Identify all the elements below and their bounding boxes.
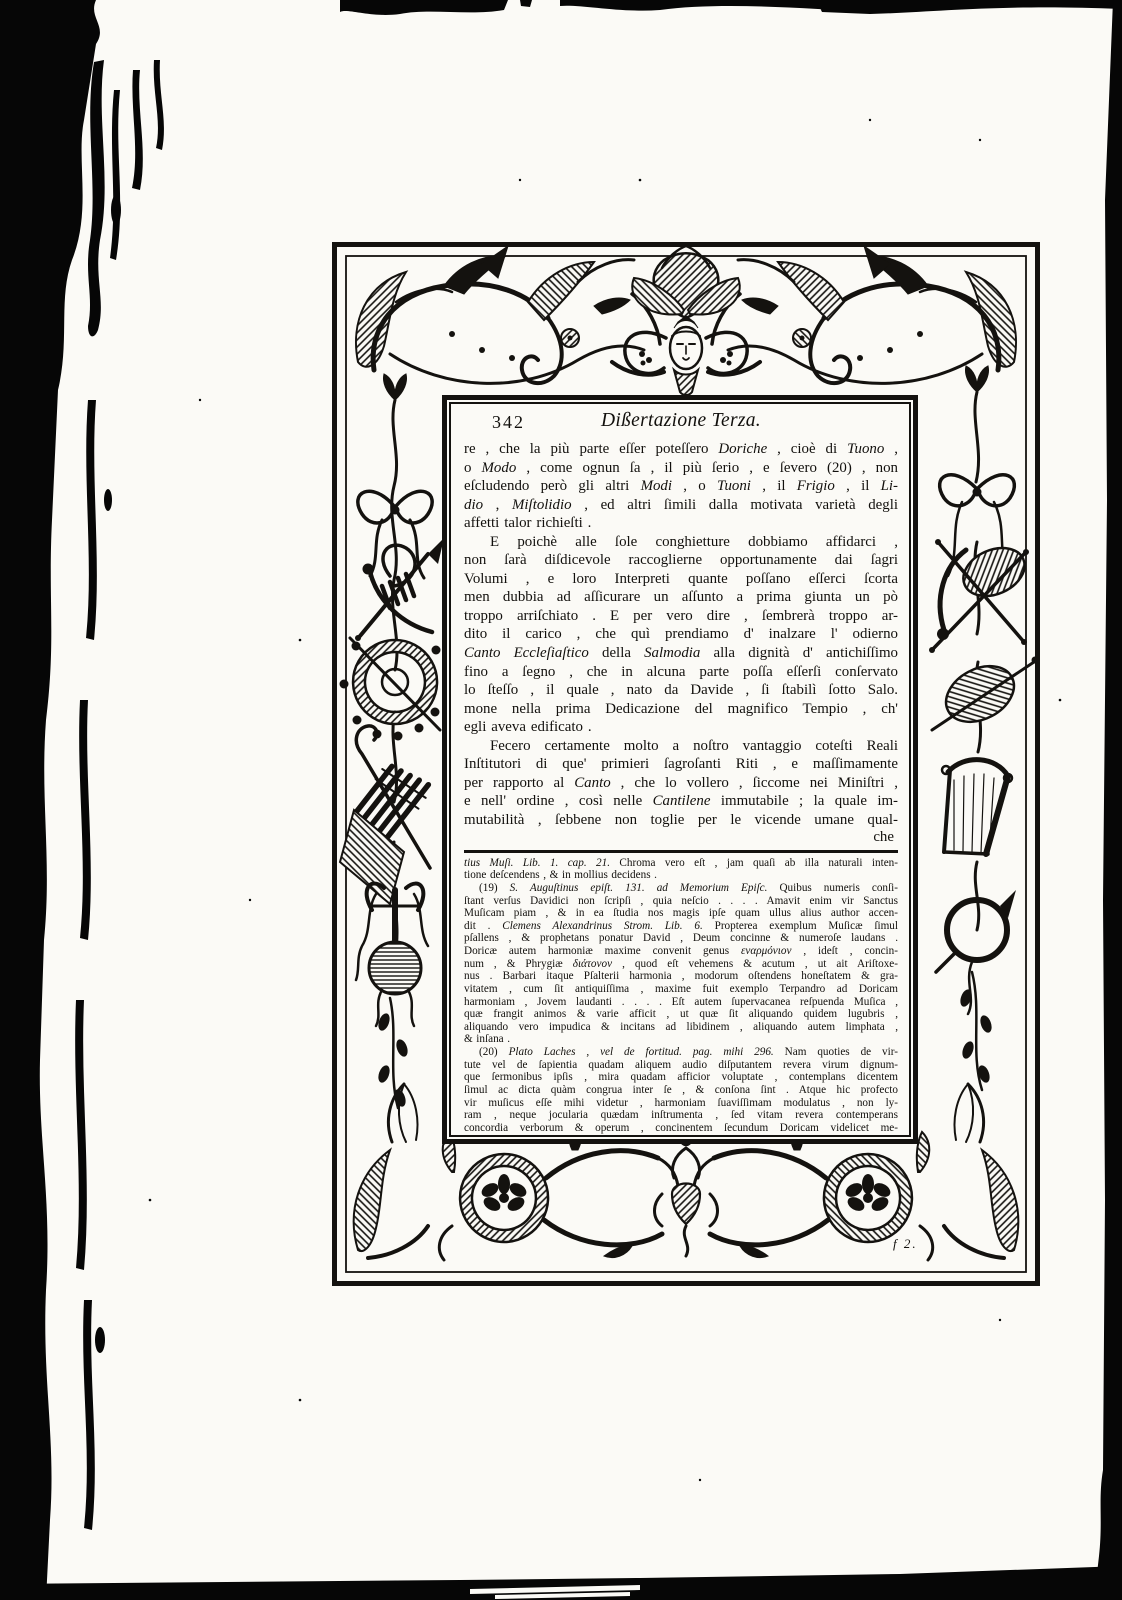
footnote-line: nus . Barbari itaque Pſalterii harmonia … <box>464 970 898 983</box>
footnote-line: que ſermonibus ipſis , mira quadam affic… <box>464 1071 898 1084</box>
footnote-line: harmoniam , Jovem laudanti . . . . Eſt a… <box>464 996 898 1009</box>
text-line: troppo arriſchiato . E per vero dire , ſ… <box>464 607 898 626</box>
footnote-line: (20) Plato Laches , vel de fortitud. pag… <box>464 1046 898 1059</box>
footnote-line: ram , neque jocularia quædam inſtrumenta… <box>464 1109 898 1122</box>
footnote-line: aliquando vero impudica & incitans ad li… <box>464 1021 898 1034</box>
text-line: mone nella prima Dedicazione del magnifi… <box>464 700 898 719</box>
footnote-line: vir muſicus eſſe mihi videtur , harmonia… <box>464 1097 898 1110</box>
text-line: E poichè alle ſole conghietture dobbiamo… <box>464 533 898 552</box>
paragraph-2: E poichè alle ſole conghietture dobbiamo… <box>464 533 898 737</box>
footnote-line: dit . Clemens Alexandrinus Strom. Lib. 6… <box>464 920 898 933</box>
footnote-line: vitatem , cum ſit antiquiſſima , maxime … <box>464 983 898 996</box>
page-header: 342 Dißertazione Terza. <box>464 409 898 440</box>
footnote-line: concordia verborum & operum , concinente… <box>464 1122 898 1135</box>
text-line: lo ſteſſo , il quale , nato da Davide , … <box>464 681 898 700</box>
paragraph-3: Fecero certamente molto a noſtro vantagg… <box>464 737 898 830</box>
text-line: e nell' ordine , così nelle Cantilene im… <box>464 792 898 811</box>
text-block-inner-border: 342 Dißertazione Terza. re , che la più … <box>449 402 911 1137</box>
catchword: che <box>464 829 898 846</box>
text-line: dito il carico , che quì prendiamo d' in… <box>464 625 898 644</box>
footnote-line: (19) S. Auguſtinus epiſt. 131. ad Memori… <box>464 882 898 895</box>
footnote-line: & inſana . <box>464 1033 898 1046</box>
text-line: o Modo , come ognun ſa , il più ſerio , … <box>464 459 898 478</box>
footnote-line: ſtant verſus Davidici non ſcripſi , quia… <box>464 895 898 908</box>
footnote-line: Muſicam piam , & in ea ſtudia nos magis … <box>464 907 898 920</box>
paragraph-1: re , che la più parte eſſer poteſſero Do… <box>464 440 898 533</box>
body-text: re , che la più parte eſſer poteſſero Do… <box>464 440 898 846</box>
running-title: Dißertazione Terza. <box>464 409 898 432</box>
text-line: Canto Eccleſiaſtico della Salmodia alla … <box>464 644 898 663</box>
footnote-line: ſimul ac dicta quàm congrua inter ſe , &… <box>464 1084 898 1097</box>
footnote-rule <box>464 850 898 852</box>
page-number: 342 <box>492 412 525 433</box>
text-line: Volumi , e loro Interpreti quante poſſan… <box>464 570 898 589</box>
footnote-line: num , & Phrygiæ διάτονον , quod eſt vehe… <box>464 958 898 971</box>
text-line: fino a ſegno , che in alcuna parte poſſa… <box>464 663 898 682</box>
text-line: Inſtitutori di que' primieri ſagroſanti … <box>464 755 898 774</box>
footnote-line: tius Muſi. Lib. 1. cap. 21. Chroma vero … <box>464 857 898 870</box>
text-line: re , che la più parte eſſer poteſſero Do… <box>464 440 898 459</box>
text-block: 342 Dißertazione Terza. re , che la più … <box>442 395 918 1144</box>
footnote-line: tute vel de ſapientia quadam aliquem aud… <box>464 1059 898 1072</box>
plate-signature: f 2. <box>893 1236 918 1252</box>
footnote-line: quæ frangit animos & varie afficit , ut … <box>464 1008 898 1021</box>
text-line: Fecero certamente molto a noſtro vantagg… <box>464 737 898 756</box>
text-line: eſcludendo però gli altri Modi , o Tuoni… <box>464 477 898 496</box>
footnote-line: tione deſcendens , & in mollius decidens… <box>464 869 898 882</box>
text-line: per rapporto al Canto , che lo vollero ,… <box>464 774 898 793</box>
text-line: dio , Miſtolidio , ed altri ſimili dalla… <box>464 496 898 515</box>
text-line: egli aveva edificato . <box>464 718 898 737</box>
text-line: men dubbia ad aſſicurare un aſſunto a pr… <box>464 588 898 607</box>
text-line: affetti talor richieſti . <box>464 514 898 533</box>
footnote-line: pſallens , & prophetans ponatur David , … <box>464 932 898 945</box>
footnote-line: Doricæ autem harmoniæ maxime convenit ge… <box>464 945 898 958</box>
footnotes: tius Muſi. Lib. 1. cap. 21. Chroma vero … <box>464 857 898 1135</box>
text-line: mutabilità , ſebbene non toglie per le v… <box>464 811 898 830</box>
text-line: non ſarà diſdicevole raccoglierne opport… <box>464 551 898 570</box>
